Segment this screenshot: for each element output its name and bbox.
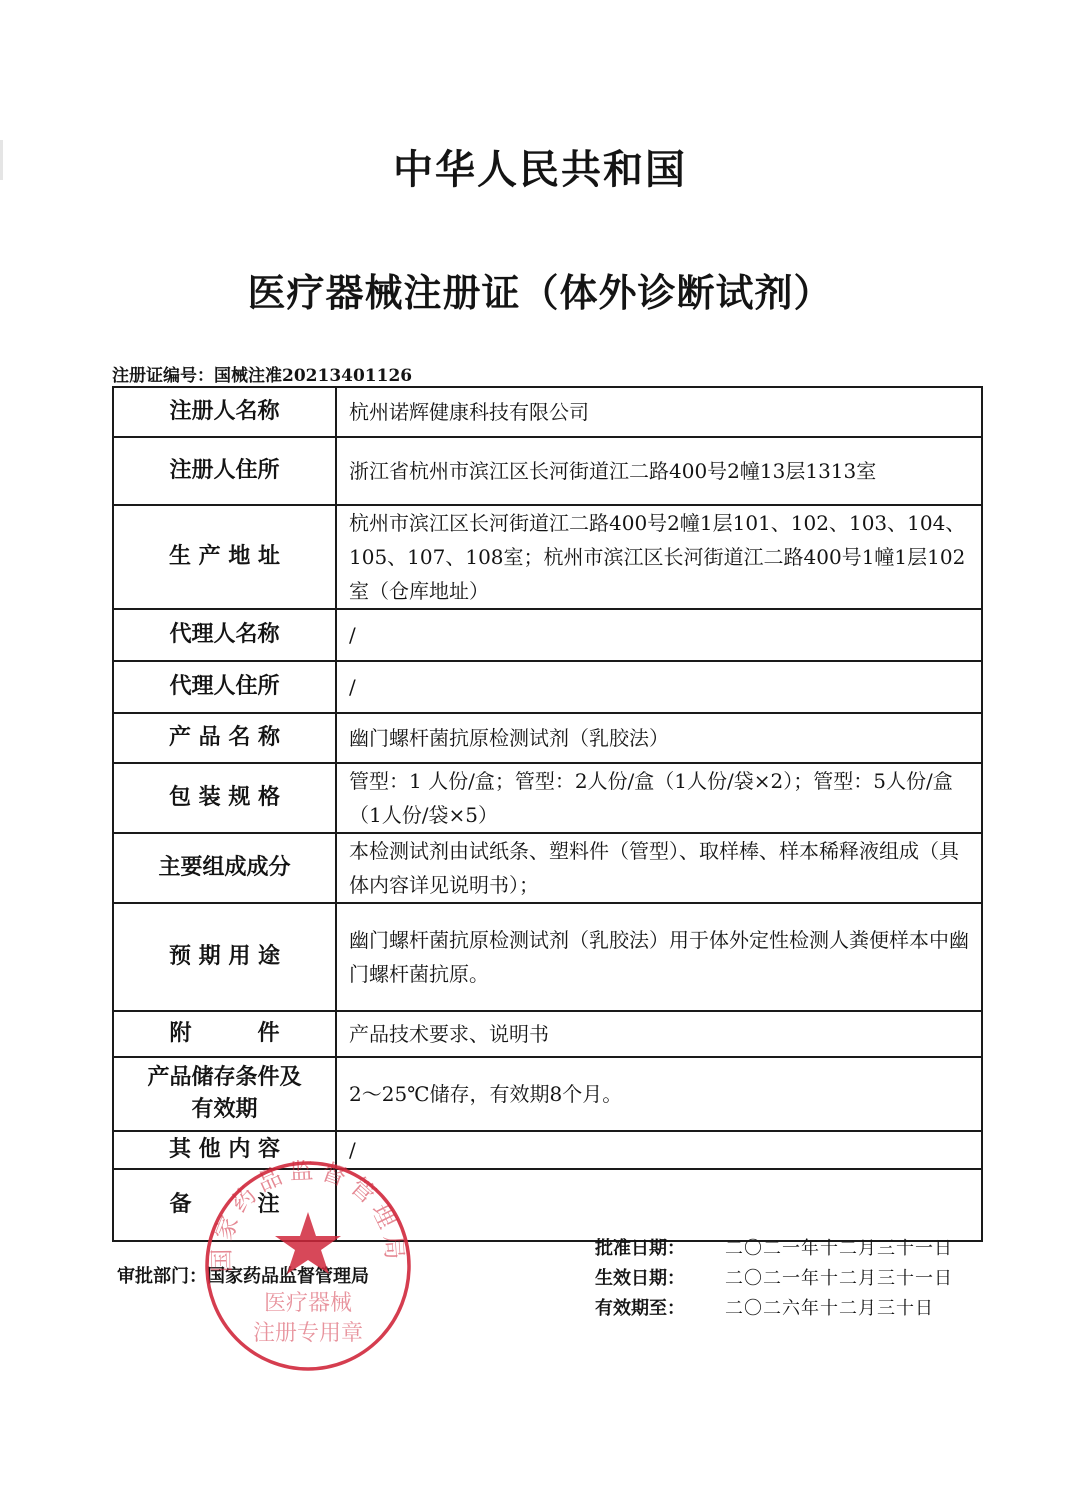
field-value: 幽门螺杆菌抗原检测试剂（乳胶法）用于体外定性检测人粪便样本中幽门螺杆菌抗原。	[336, 903, 982, 1011]
field-label: 其 他 内 容	[113, 1131, 336, 1169]
field-label: 附 件	[113, 1011, 336, 1057]
table-row: 产 品 名 称 幽门螺杆菌抗原检测试剂（乳胶法）	[113, 713, 982, 763]
field-value: 2～25℃储存，有效期8个月。	[336, 1057, 982, 1131]
registration-number-line: 注册证编号：国械注准20213401126	[112, 361, 412, 386]
field-label: 包 装 规 格	[113, 763, 336, 833]
approval-date-row: 批准日期： 二〇二一年十二月三十一日	[595, 1234, 953, 1264]
effective-date-row: 生效日期： 二〇二一年十二月三十一日	[595, 1264, 953, 1294]
field-value: /	[336, 609, 982, 661]
field-label: 预 期 用 途	[113, 903, 336, 1011]
field-value: 幽门螺杆菌抗原检测试剂（乳胶法）	[336, 713, 982, 763]
field-value: 管型：1 人份/盒；管型：2人份/盒（1人份/袋×2）；管型：5人份/盒（1人份…	[336, 763, 982, 833]
field-label: 主要组成成分	[113, 833, 336, 903]
table-row: 附 件 产品技术要求、说明书	[113, 1011, 982, 1057]
table-row: 预 期 用 途 幽门螺杆菌抗原检测试剂（乳胶法）用于体外定性检测人粪便样本中幽门…	[113, 903, 982, 1011]
table-row: 注册人住所 浙江省杭州市滨江区长河街道江二路400号2幢13层1313室	[113, 437, 982, 505]
seal-center-line2: 注册专用章	[253, 1321, 363, 1346]
field-label: 代理人名称	[113, 609, 336, 661]
approval-authority-label: 审批部门：	[117, 1266, 207, 1287]
field-label: 注册人住所	[113, 437, 336, 505]
effective-date-value: 二〇二一年十二月三十一日	[725, 1264, 953, 1294]
table-row: 其 他 内 容 /	[113, 1131, 982, 1169]
expiry-date-value: 二〇二六年十二月三十日	[725, 1294, 934, 1324]
field-value	[336, 1169, 982, 1241]
expiry-date-row: 有效期至： 二〇二六年十二月三十日	[595, 1294, 953, 1324]
seal-center-line1: 医疗器械	[264, 1291, 352, 1316]
certificate-table: 注册人名称 杭州诺辉健康科技有限公司 注册人住所 浙江省杭州市滨江区长河街道江二…	[112, 386, 983, 1242]
date-block: 批准日期： 二〇二一年十二月三十一日 生效日期： 二〇二一年十二月三十一日 有效…	[595, 1234, 953, 1324]
table-row: 代理人名称 /	[113, 609, 982, 661]
effective-date-label: 生效日期：	[595, 1264, 725, 1294]
field-label: 代理人住所	[113, 661, 336, 713]
approval-date-value: 二〇二一年十二月三十一日	[725, 1234, 953, 1264]
table-row: 包 装 规 格 管型：1 人份/盒；管型：2人份/盒（1人份/袋×2）；管型：5…	[113, 763, 982, 833]
approval-date-label: 批准日期：	[595, 1234, 725, 1264]
table-row: 产品储存条件及有效期 2～25℃储存，有效期8个月。	[113, 1057, 982, 1131]
field-value: 杭州诺辉健康科技有限公司	[336, 387, 982, 437]
field-label: 注册人名称	[113, 387, 336, 437]
registration-number-value: 国械注准20213401126	[214, 366, 412, 386]
field-value: 产品技术要求、说明书	[336, 1011, 982, 1057]
field-value: 本检测试剂由试纸条、塑料件（管型）、取样棒、样本稀释液组成（具体内容详见说明书）…	[336, 833, 982, 903]
table-row: 注册人名称 杭州诺辉健康科技有限公司	[113, 387, 982, 437]
table-row: 生 产 地 址 杭州市滨江区长河街道江二路400号2幢1层101、102、103…	[113, 505, 982, 609]
field-value: /	[336, 1131, 982, 1169]
field-label: 产品储存条件及有效期	[113, 1057, 336, 1131]
table-row: 代理人住所 /	[113, 661, 982, 713]
approval-authority-value: 国家药品监督管理局	[207, 1266, 369, 1287]
certificate-title: 医疗器械注册证（体外诊断试剂）	[0, 262, 1080, 317]
field-value: /	[336, 661, 982, 713]
field-value: 浙江省杭州市滨江区长河街道江二路400号2幢13层1313室	[336, 437, 982, 505]
field-label: 产 品 名 称	[113, 713, 336, 763]
table-row: 备 注	[113, 1169, 982, 1241]
expiry-date-label: 有效期至：	[595, 1294, 725, 1324]
field-label: 生 产 地 址	[113, 505, 336, 609]
country-title: 中华人民共和国	[0, 138, 1080, 195]
approval-authority: 审批部门：国家药品监督管理局	[117, 1262, 369, 1288]
table-row: 主要组成成分 本检测试剂由试纸条、塑料件（管型）、取样棒、样本稀释液组成（具体内…	[113, 833, 982, 903]
registration-number-label: 注册证编号：	[112, 366, 214, 386]
field-label: 备 注	[113, 1169, 336, 1241]
field-value: 杭州市滨江区长河街道江二路400号2幢1层101、102、103、104、105…	[336, 505, 982, 609]
